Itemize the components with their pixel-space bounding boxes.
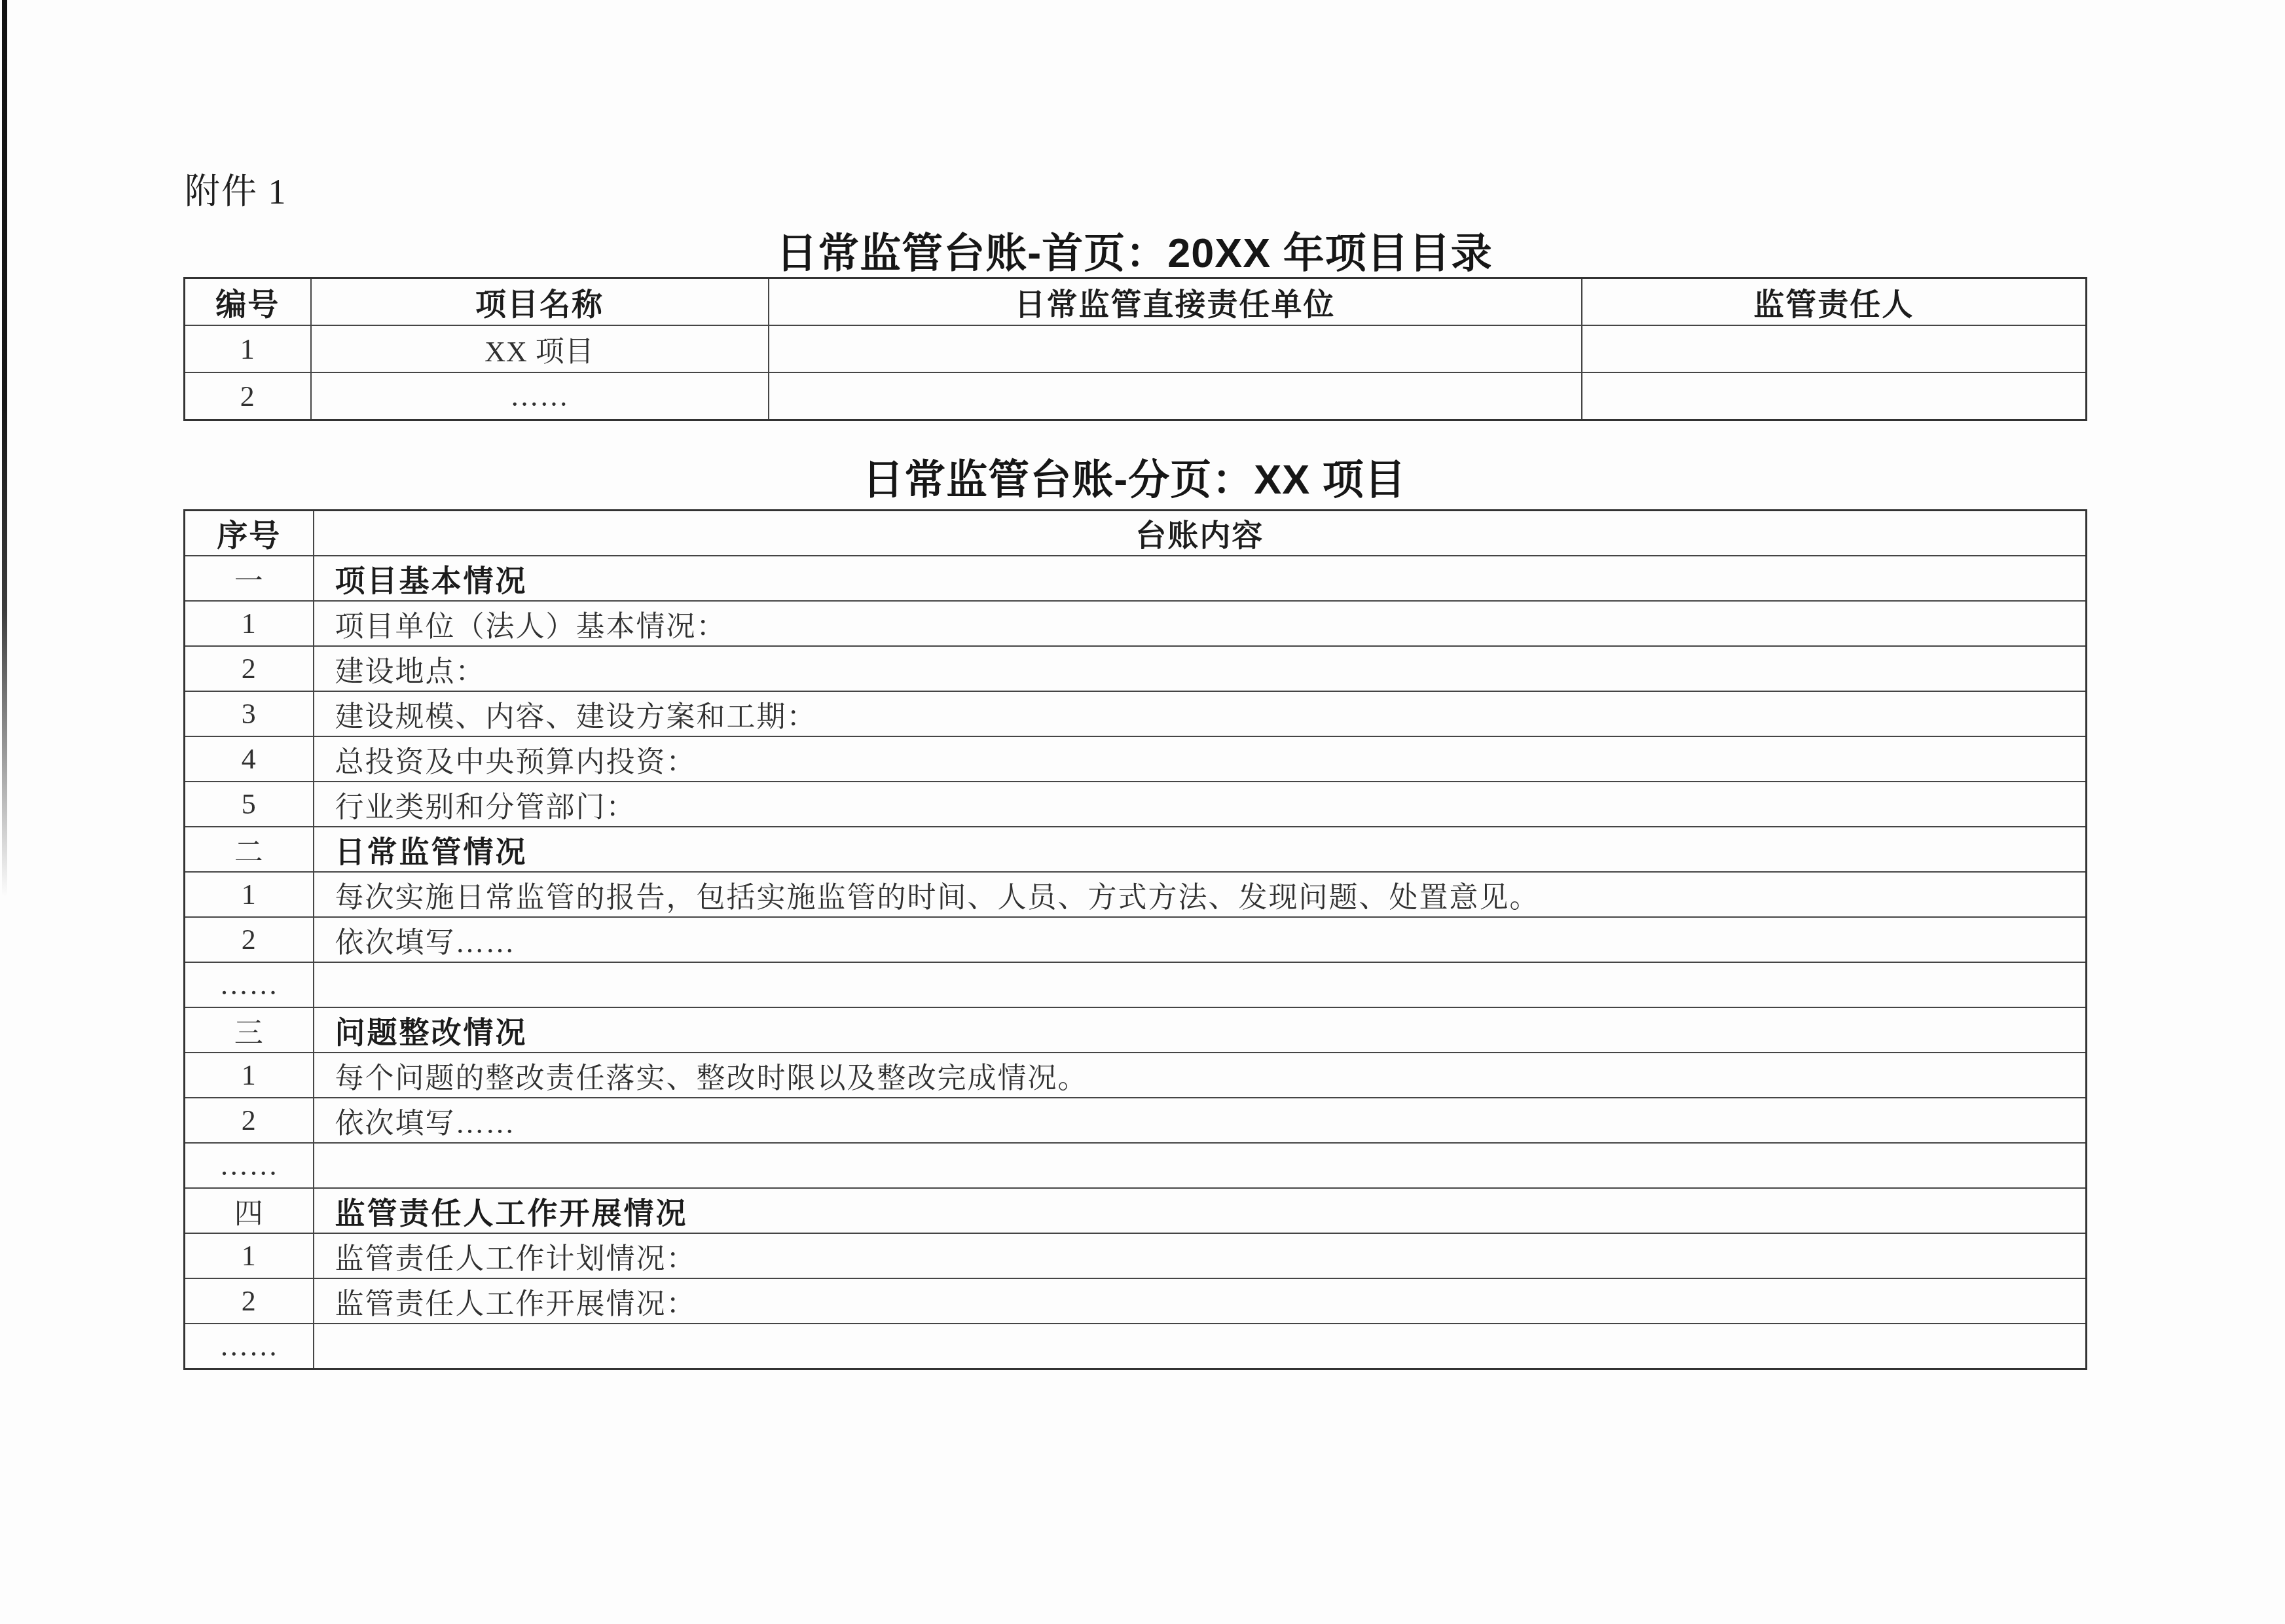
row-content-cell [314,962,2087,1007]
row-content-cell: 依次填写…… [314,917,2087,962]
row-content-cell: 项目基本情况 [314,556,2087,601]
attachment-label: 附件 1 [185,164,287,214]
scan-edge-artifact [2,0,7,897]
row-serial-cell: 三 [185,1007,314,1053]
table-row: 2 建设地点： [185,646,2087,691]
catalog-header-supervisor: 监管责任人 [1582,278,2087,326]
catalog-header-responsible-unit: 日常监管直接责任单位 [769,278,1582,326]
row-serial-cell: 2 [185,646,314,691]
row-serial-cell: 4 [185,736,314,782]
detail-header-serial: 序号 [185,511,314,556]
row-content-cell: 依次填写…… [314,1098,2087,1143]
row-supervisor-cell [1582,325,2087,372]
row-content-cell: 每次实施日常监管的报告，包括实施监管的时间、人员、方式方法、发现问题、处置意见。 [314,872,2087,917]
row-content-cell: 建设地点： [314,646,2087,691]
table-row: 2 依次填写…… [185,1098,2087,1143]
row-serial-cell: 2 [185,1098,314,1143]
table-row: 2 依次填写…… [185,917,2087,962]
catalog-table-title: 日常监管台账-首页：20XX 年项目目录 [183,220,2085,280]
table-row: 1 项目单位（法人）基本情况： [185,601,2087,646]
row-number-cell: 1 [185,325,311,372]
row-serial-cell: 2 [185,917,314,962]
row-content-cell: 行业类别和分管部门： [314,782,2087,827]
row-content-cell: 问题整改情况 [314,1007,2087,1053]
row-serial-cell: 1 [185,1233,314,1278]
detail-header-row: 序号 台账内容 [185,511,2087,556]
table-row: 1 监管责任人工作计划情况： [185,1233,2087,1278]
row-content-cell: 监管责任人工作开展情况 [314,1188,2087,1233]
row-content-cell: 建设规模、内容、建设方案和工期： [314,691,2087,736]
table-row: 一 项目基本情况 [185,556,2087,601]
row-serial-cell: 5 [185,782,314,827]
row-content-cell: 监管责任人工作开展情况： [314,1278,2087,1324]
table-row: 三 问题整改情况 [185,1007,2087,1053]
table-row: 二 日常监管情况 [185,827,2087,872]
row-serial-cell: …… [185,962,314,1007]
row-serial-cell: 一 [185,556,314,601]
catalog-header-number: 编号 [185,278,311,326]
row-serial-cell: 3 [185,691,314,736]
detail-table-title: 日常监管台账-分页：XX 项目 [183,446,2085,506]
table-row: 5 行业类别和分管部门： [185,782,2087,827]
catalog-header-project-name: 项目名称 [311,278,769,326]
scanned-document-page: { "page": { "attachment_label": "附件 1" }… [0,0,2285,1624]
row-serial-cell: 四 [185,1188,314,1233]
table-row: …… [185,962,2087,1007]
table-row: …… [185,1143,2087,1188]
row-responsible-unit-cell [769,372,1582,420]
row-serial-cell: 2 [185,1278,314,1324]
row-content-cell [314,1324,2087,1369]
row-project-name-cell: …… [311,372,769,420]
row-content-cell [314,1143,2087,1188]
row-serial-cell: 1 [185,1053,314,1098]
row-content-cell: 每个问题的整改责任落实、整改时限以及整改完成情况。 [314,1053,2087,1098]
row-number-cell: 2 [185,372,311,420]
table-row: 4 总投资及中央预算内投资： [185,736,2087,782]
row-serial-cell: 1 [185,872,314,917]
table-row: …… [185,1324,2087,1369]
table-row: 2 …… [185,372,2087,420]
table-row: 1 每个问题的整改责任落实、整改时限以及整改完成情况。 [185,1053,2087,1098]
catalog-table: 编号 项目名称 日常监管直接责任单位 监管责任人 1 XX 项目 2 …… [183,277,2087,421]
row-serial-cell: …… [185,1143,314,1188]
row-serial-cell: 二 [185,827,314,872]
row-content-cell: 项目单位（法人）基本情况： [314,601,2087,646]
row-serial-cell: …… [185,1324,314,1369]
row-responsible-unit-cell [769,325,1582,372]
catalog-header-row: 编号 项目名称 日常监管直接责任单位 监管责任人 [185,278,2087,326]
table-row: 1 每次实施日常监管的报告，包括实施监管的时间、人员、方式方法、发现问题、处置意… [185,872,2087,917]
table-row: 3 建设规模、内容、建设方案和工期： [185,691,2087,736]
row-content-cell: 监管责任人工作计划情况： [314,1233,2087,1278]
detail-table: 序号 台账内容 一 项目基本情况 1 项目单位（法人）基本情况： 2 建设地点：… [183,509,2087,1370]
row-content-cell: 总投资及中央预算内投资： [314,736,2087,782]
table-row: 1 XX 项目 [185,325,2087,372]
row-serial-cell: 1 [185,601,314,646]
row-supervisor-cell [1582,372,2087,420]
table-row: 2 监管责任人工作开展情况： [185,1278,2087,1324]
table-row: 四 监管责任人工作开展情况 [185,1188,2087,1233]
row-content-cell: 日常监管情况 [314,827,2087,872]
detail-header-content: 台账内容 [314,511,2087,556]
row-project-name-cell: XX 项目 [311,325,769,372]
